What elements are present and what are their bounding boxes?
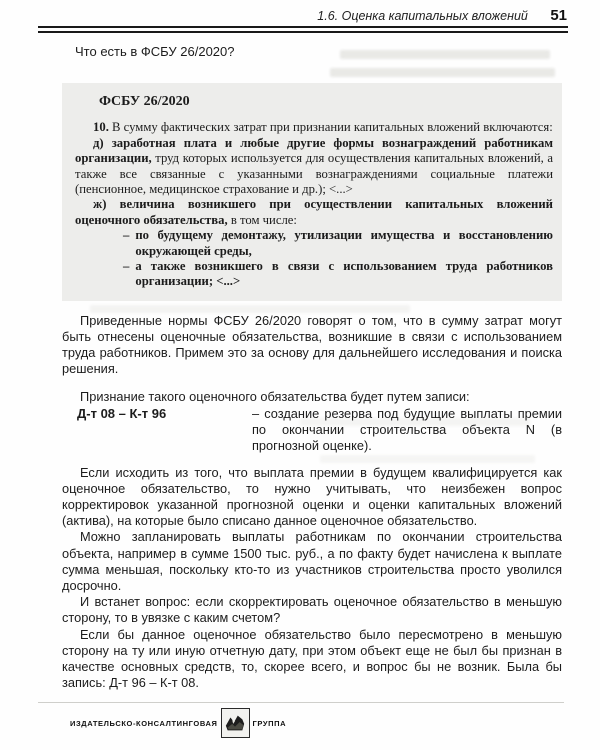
quote-bullet-list: – по будущему демонтажу, утилизации имущ… — [123, 228, 553, 290]
regulation-quote-box: ФСБУ 26/2020 10. В сумму фактических зат… — [62, 83, 562, 301]
quote-bullet-item: – по будущему демонтажу, утилизации имущ… — [123, 228, 553, 259]
quote-item-zh: ж) величина возникшего при осуществлении… — [75, 197, 553, 228]
publisher-footer: ИЗДАТЕЛЬСКО-КОНСАЛТИНГОВАЯ ГРУППА — [70, 708, 286, 738]
section-title: 1.6. Оценка капитальных вложений — [317, 9, 528, 23]
publisher-logo-icon — [221, 708, 250, 738]
header-rule — [38, 26, 568, 33]
page-header: 1.6. Оценка капитальных вложений 51 — [60, 7, 567, 25]
page-content: Что есть в ФСБУ 26/2020? ФСБУ 26/2020 10… — [62, 42, 562, 691]
book-page: 1.6. Оценка капитальных вложений 51 Д-т … — [0, 0, 600, 750]
body-text: Приведенные нормы ФСБУ 26/2020 говорят о… — [62, 313, 562, 691]
journal-entry-accounts: Д-т 08 – К-т 96 — [77, 406, 252, 455]
journal-entry-row: Д-т 08 – К-т 96 – создание резерва под б… — [77, 406, 562, 455]
paragraph-recognition-intro: Признание такого оценочного обязательств… — [62, 389, 562, 405]
quote-clause-number: 10. — [93, 120, 109, 134]
bullet-dash: – — [123, 259, 129, 290]
quote-item-zh-rest: в том числе: — [228, 213, 297, 227]
paragraph-revision: Если бы данное оценочное обязательство б… — [62, 627, 562, 692]
publisher-name-right: ГРУППА — [253, 719, 287, 728]
quote-bullet-text: по будущему демонтажу, утилизации имущес… — [135, 228, 553, 259]
intro-question: Что есть в ФСБУ 26/2020? — [75, 44, 562, 59]
quote-box-title: ФСБУ 26/2020 — [99, 94, 553, 109]
paragraph-question: И встанет вопрос: если скорректировать о… — [62, 594, 562, 626]
quote-item-zh-bold: ж) величина возникшего при осуществлении… — [75, 197, 553, 226]
bullet-dash: – — [123, 228, 129, 259]
paragraph-qualification: Если исходить из того, что выплата преми… — [62, 465, 562, 530]
page-number: 51 — [550, 7, 567, 24]
publisher-name-left: ИЗДАТЕЛЬСКО-КОНСАЛТИНГОВАЯ — [70, 719, 218, 728]
quote-clause-10: 10. В сумму фактических затрат при призн… — [75, 120, 553, 135]
quote-item-d: д) заработная плата и любые другие формы… — [75, 136, 553, 198]
quote-bullet-text: а также возникшего в связи с использован… — [135, 259, 553, 290]
paragraph-planned-payments: Можно запланировать выплаты работникам п… — [62, 529, 562, 594]
paragraph-norms-summary: Приведенные нормы ФСБУ 26/2020 говорят о… — [62, 313, 562, 378]
journal-entry-description: – создание резерва под будущие выплаты п… — [252, 406, 562, 455]
footer-rule — [38, 702, 564, 703]
quote-bullet-item: – а также возникшего в связи с использов… — [123, 259, 553, 290]
quote-clause-intro: В сумму фактических затрат при признании… — [109, 120, 553, 134]
